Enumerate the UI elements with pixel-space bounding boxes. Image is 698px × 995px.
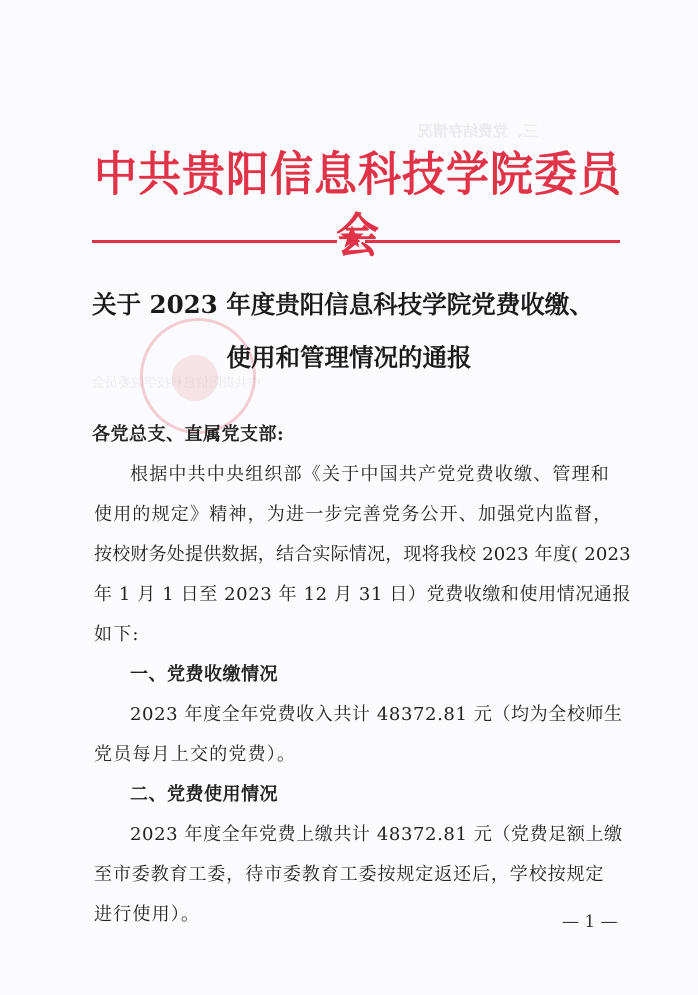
body-line: 2023 年度全年党费上缴共计 48372.81 元（党费足额上缴 (130, 820, 670, 846)
bleed-through-text: 三、党费结存情况 (418, 120, 538, 141)
body-line: 至市委教育工委，待市委教育工委按规定返还后，学校按规定 (94, 860, 634, 886)
page-number: — 1 — (562, 912, 618, 932)
red-divider-right (365, 240, 620, 243)
section-heading-collection: 一、党费收缴情况 (130, 660, 670, 686)
red-divider-left (92, 240, 337, 243)
star-icon (339, 224, 365, 250)
document-title-line2: 使用和管理情况的通报 (0, 339, 698, 374)
body-line: 2023 年度全年党费收入共计 48372.81 元（均为全校师生 (130, 700, 670, 726)
body-line: 如下: (94, 620, 634, 646)
body-line: 按校财务处提供数据，结合实际情况，现将我校 2023 年度( 2023 (94, 540, 634, 566)
body-line: 年 1 月 1 日至 2023 年 12 月 31 日）党费收缴和使用情况通报 (94, 580, 634, 606)
body-line: 使用的规定》精神，为进一步完善党务公开、加强党内监督， (94, 500, 634, 526)
body-line: 进行使用）。 (94, 900, 634, 926)
salutation: 各党总支、直属党支部: (92, 420, 632, 446)
body-line: 党员每月上交的党费）。 (94, 740, 634, 766)
body-line: 根据中共中央组织部《关于中国共产党党费收缴、管理和 (130, 460, 670, 486)
section-heading-usage: 二、党费使用情况 (130, 780, 670, 806)
document-title-line1: 关于 2023 年度贵阳信息科技学院党费收缴、 (92, 286, 652, 321)
